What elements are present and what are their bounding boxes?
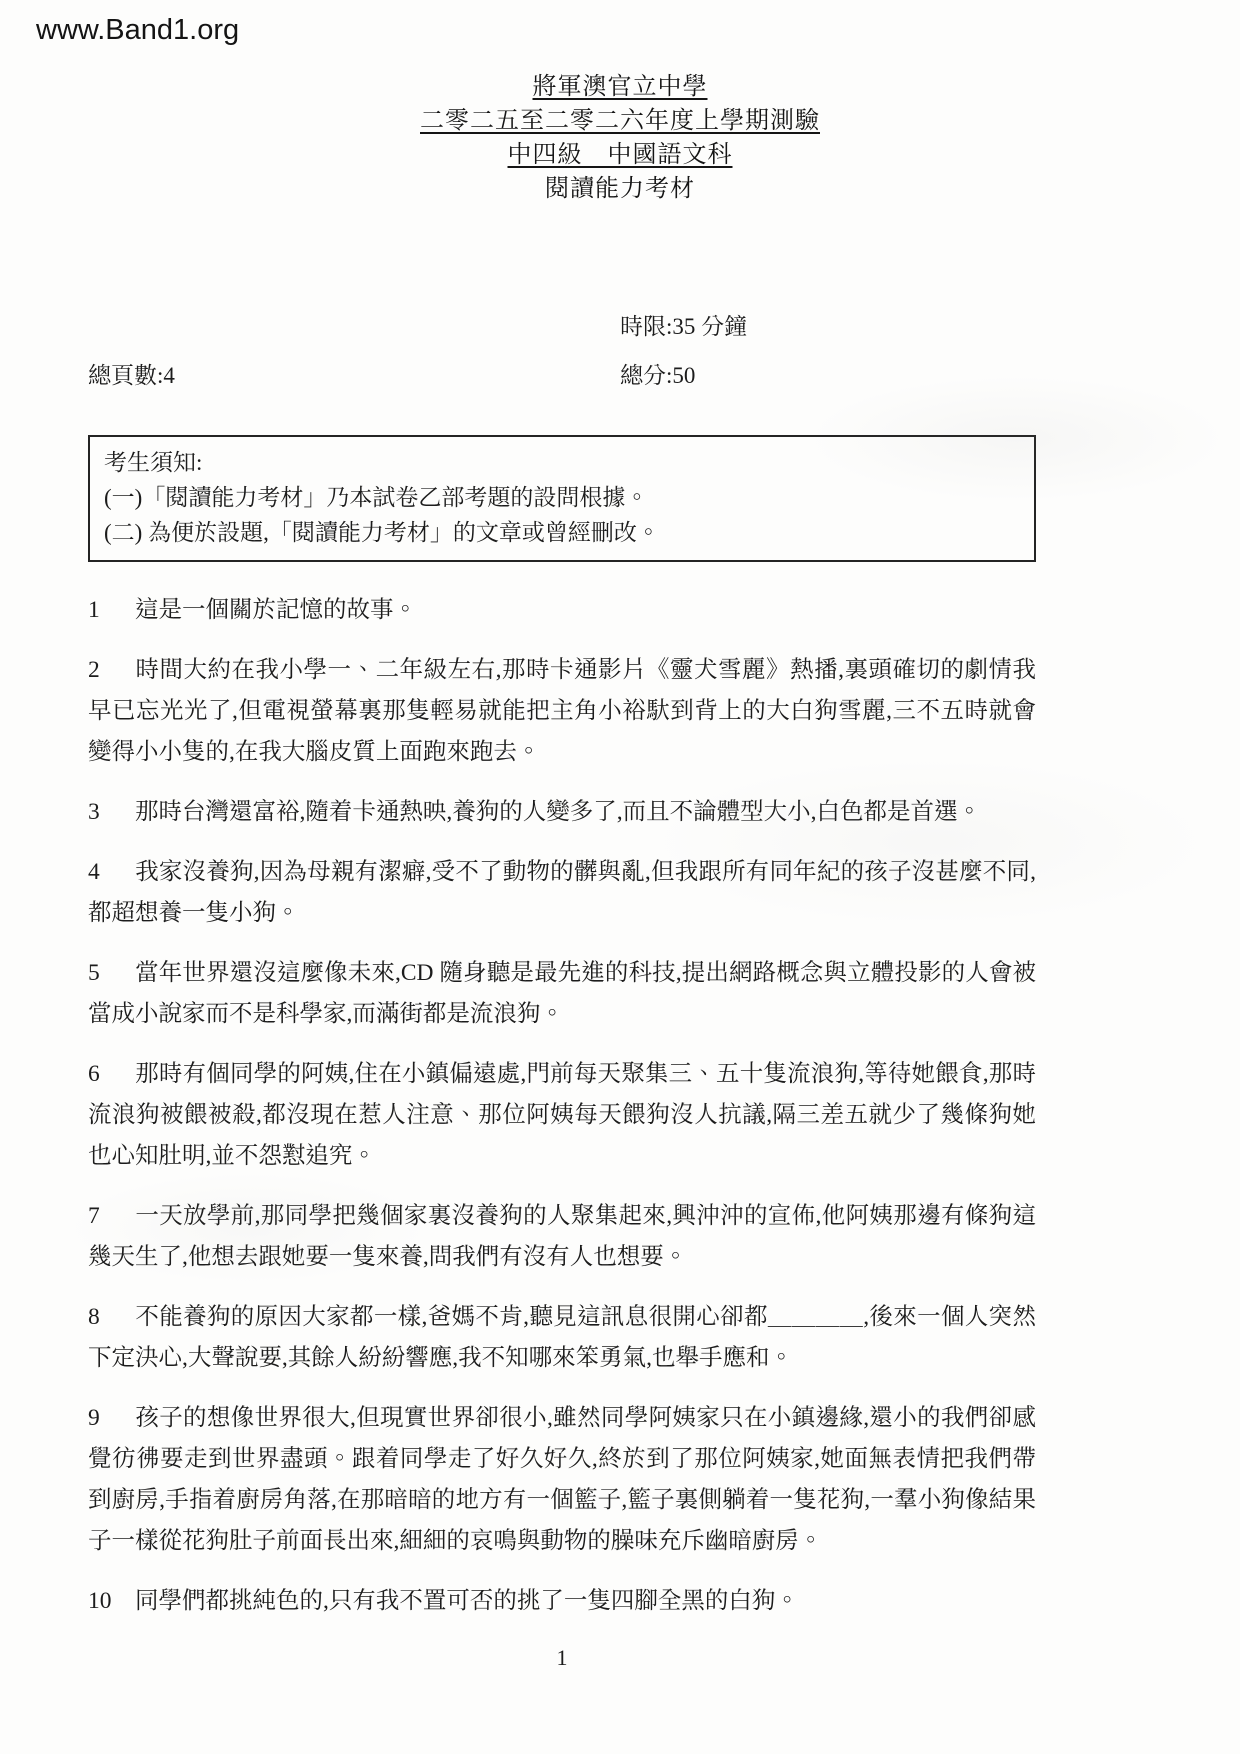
class-and-subject: 中四級 中國語文科	[0, 138, 1240, 172]
paragraph-number: 2	[88, 650, 135, 691]
page-content: 時限:35 分鐘 總頁數:4 總分:50 考生須知: (一)「閱讀能力考材」乃本…	[88, 308, 1036, 1622]
paragraph-number: 10	[88, 1581, 135, 1622]
paragraph-text: 不能養狗的原因大家都一樣,爸媽不肯,聽見這訊息很開心卻都＿＿＿＿,後來一個人突然…	[88, 1304, 1036, 1371]
passage-paragraph: 6那時有個同學的阿姨,住在小鎮偏遠處,門前每天聚集三、五十隻流浪狗,等待她餵食,…	[88, 1054, 1036, 1177]
paragraph-text: 時間大約在我小學一、二年級左右,那時卡通影片《靈犬雪麗》熱播,裏頭確切的劇情我早…	[88, 657, 1036, 765]
passage-paragraph: 7一天放學前,那同學把幾個家裏沒養狗的人聚集起來,興沖沖的宣佈,他阿姨那邊有條狗…	[88, 1196, 1036, 1278]
time-limit-label: 時限:35 分鐘	[620, 314, 747, 339]
paragraph-text: 同學們都挑純色的,只有我不置可否的挑了一隻四腳全黑的白狗。	[135, 1588, 799, 1614]
notice-title: 考生須知:	[104, 445, 1020, 480]
candidate-notice-box: 考生須知: (一)「閱讀能力考材」乃本試卷乙部考題的設問根據。 (二) 為便於設…	[88, 435, 1036, 562]
paragraph-number: 5	[88, 953, 135, 994]
paragraph-text: 這是一個關於記憶的故事。	[135, 597, 417, 623]
passage-paragraph: 1這是一個關於記憶的故事。	[88, 590, 1036, 631]
paragraph-text: 那時有個同學的阿姨,住在小鎮偏遠處,門前每天聚集三、五十隻流浪狗,等待她餵食,那…	[88, 1061, 1036, 1169]
paragraph-number: 1	[88, 590, 135, 631]
paragraph-text: 孩子的想像世界很大,但現實世界卻很小,雖然同學阿姨家只在小鎮邊緣,還小的我們卻感…	[88, 1405, 1036, 1554]
total-pages-label: 總頁數:4	[88, 363, 175, 388]
passage-paragraph: 3那時台灣還富裕,隨着卡通熱映,養狗的人變多了,而且不論體型大小,白色都是首選。	[88, 792, 1036, 833]
passage-paragraph: 2時間大約在我小學一、二年級左右,那時卡通影片《靈犬雪麗》熱播,裏頭確切的劇情我…	[88, 650, 1036, 773]
total-marks-label: 總分:50	[620, 357, 695, 390]
passage-paragraph: 5當年世界還沒這麼像未來,CD 隨身聽是最先進的科技,提出網路概念與立體投影的人…	[88, 953, 1036, 1035]
paragraph-text: 我家沒養狗,因為母親有潔癖,受不了動物的髒與亂,但我跟所有同年紀的孩子沒甚麼不同…	[88, 859, 1036, 926]
school-name: 將軍澳官立中學	[0, 70, 1240, 104]
exam-paper-page: www.Band1.org 將軍澳官立中學 二零二五至二零二六年度上學期測驗 中…	[0, 0, 1240, 1754]
paragraph-number: 4	[88, 852, 135, 893]
paragraph-text: 當年世界還沒這麼像未來,CD 隨身聽是最先進的科技,提出網路概念與立體投影的人會…	[88, 960, 1036, 1027]
paragraph-number: 6	[88, 1054, 135, 1095]
notice-item-1: (一)「閱讀能力考材」乃本試卷乙部考題的設問根據。	[104, 480, 1020, 515]
paragraph-text: 一天放學前,那同學把幾個家裏沒養狗的人聚集起來,興沖沖的宣佈,他阿姨那邊有條狗這…	[88, 1203, 1036, 1270]
passage-paragraph: 10同學們都挑純色的,只有我不置可否的挑了一隻四腳全黑的白狗。	[88, 1581, 1036, 1622]
paragraph-text: 那時台灣還富裕,隨着卡通熱映,養狗的人變多了,而且不論體型大小,白色都是首選。	[135, 799, 981, 825]
reading-passage: 1這是一個關於記憶的故事。 2時間大約在我小學一、二年級左右,那時卡通影片《靈犬…	[88, 590, 1036, 1622]
passage-paragraph: 8不能養狗的原因大家都一樣,爸媽不肯,聽見這訊息很開心卻都＿＿＿＿,後來一個人突…	[88, 1297, 1036, 1379]
watermark-url: www.Band1.org	[36, 14, 239, 47]
notice-item-2: (二) 為便於設題,「閱讀能力考材」的文章或曾經刪改。	[104, 515, 1020, 550]
paragraph-number: 9	[88, 1398, 135, 1439]
paragraph-number: 3	[88, 792, 135, 833]
page-number: 1	[88, 1645, 1036, 1671]
meta-totals-row: 總頁數:4 總分:50	[88, 357, 1036, 391]
paper-title: 閱讀能力考材	[0, 172, 1240, 206]
passage-paragraph: 4我家沒養狗,因為母親有潔癖,受不了動物的髒與亂,但我跟所有同年紀的孩子沒甚麼不…	[88, 852, 1036, 934]
paragraph-number: 8	[88, 1297, 135, 1338]
passage-paragraph: 9孩子的想像世界很大,但現實世界卻很小,雖然同學阿姨家只在小鎮邊緣,還小的我們卻…	[88, 1398, 1036, 1562]
exam-term-title: 二零二五至二零二六年度上學期測驗	[0, 104, 1240, 138]
paragraph-number: 7	[88, 1196, 135, 1237]
meta-time-row: 時限:35 分鐘	[88, 308, 1036, 341]
